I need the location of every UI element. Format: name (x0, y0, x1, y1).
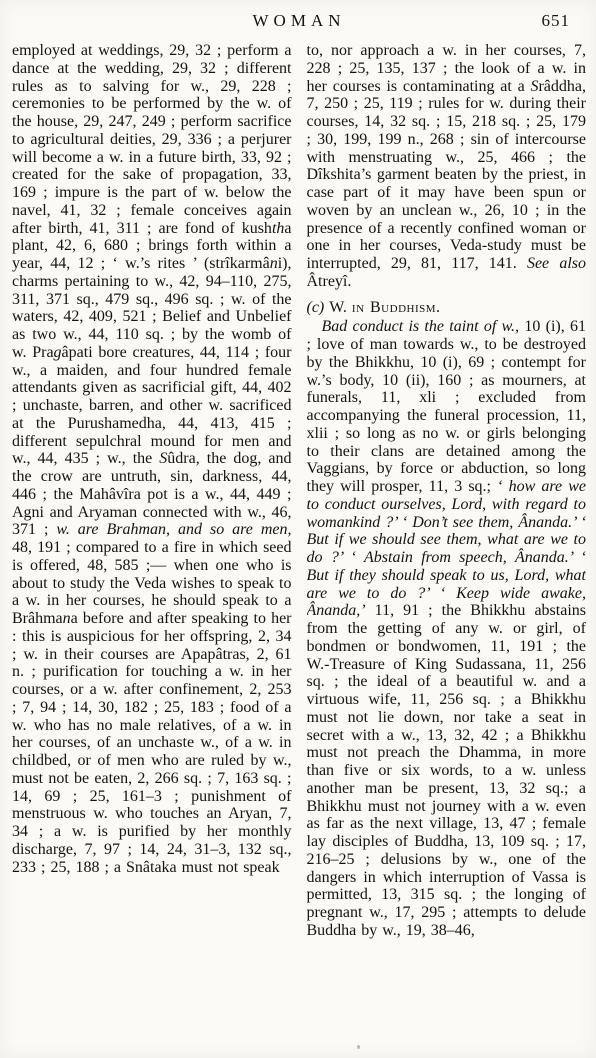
text-segment: âpati bore creatures, 44, 114 ; four w.,… (12, 344, 292, 468)
text-segment: in Buddhism. (352, 299, 441, 316)
scan-speck (357, 1045, 360, 1049)
text-segment: W. (329, 299, 352, 316)
text-segment: 11, 91 ; the Bhikkhu abstains from the g… (307, 602, 587, 939)
text-segment: See also (527, 255, 586, 272)
text-segment: n (270, 255, 278, 272)
text-segment: n (63, 610, 71, 627)
section-heading: (c) W. in Buddhism. (307, 299, 587, 317)
text-segment: a before and after speaking to her : thi… (12, 610, 292, 876)
text-segment: , 10 (i), 61 ; love of man towards w., t… (307, 318, 587, 495)
book-page: WOMAN 651 employed at weddings, 29, 32 ;… (0, 0, 596, 1058)
running-head-title: WOMAN (12, 8, 586, 31)
left-column: employed at weddings, 29, 32 ; perform a… (12, 42, 292, 1044)
text-segment: w. are Brahman, and so are men, (56, 521, 291, 538)
index-paragraph: Bad conduct is the taint of w., 10 (i), … (307, 318, 587, 939)
text-columns: employed at weddings, 29, 32 ; perform a… (12, 42, 586, 1044)
text-segment: Âtreyî. (307, 273, 352, 290)
index-paragraph: employed at weddings, 29, 32 ; perform a… (12, 42, 292, 876)
text-segment: (c) (307, 299, 330, 316)
text-segment: ‘ how are we to conduct ourselves, Lord,… (307, 478, 587, 619)
text-segment: Bad conduct is the taint of w. (322, 318, 516, 335)
page-header: WOMAN 651 (12, 8, 586, 42)
text-segment: employed at weddings, 29, 32 ; perform a… (12, 42, 292, 237)
right-column: to, nor approach a w. in her courses, 7,… (307, 42, 587, 1044)
page-number: 651 (542, 11, 571, 31)
index-paragraph: to, nor approach a w. in her courses, 7,… (307, 42, 587, 291)
text-segment: râddha, 7, 250 ; 25, 119 ; rules for w. … (307, 78, 587, 273)
text-segment: th (272, 220, 284, 237)
text-segment: g (54, 344, 62, 361)
